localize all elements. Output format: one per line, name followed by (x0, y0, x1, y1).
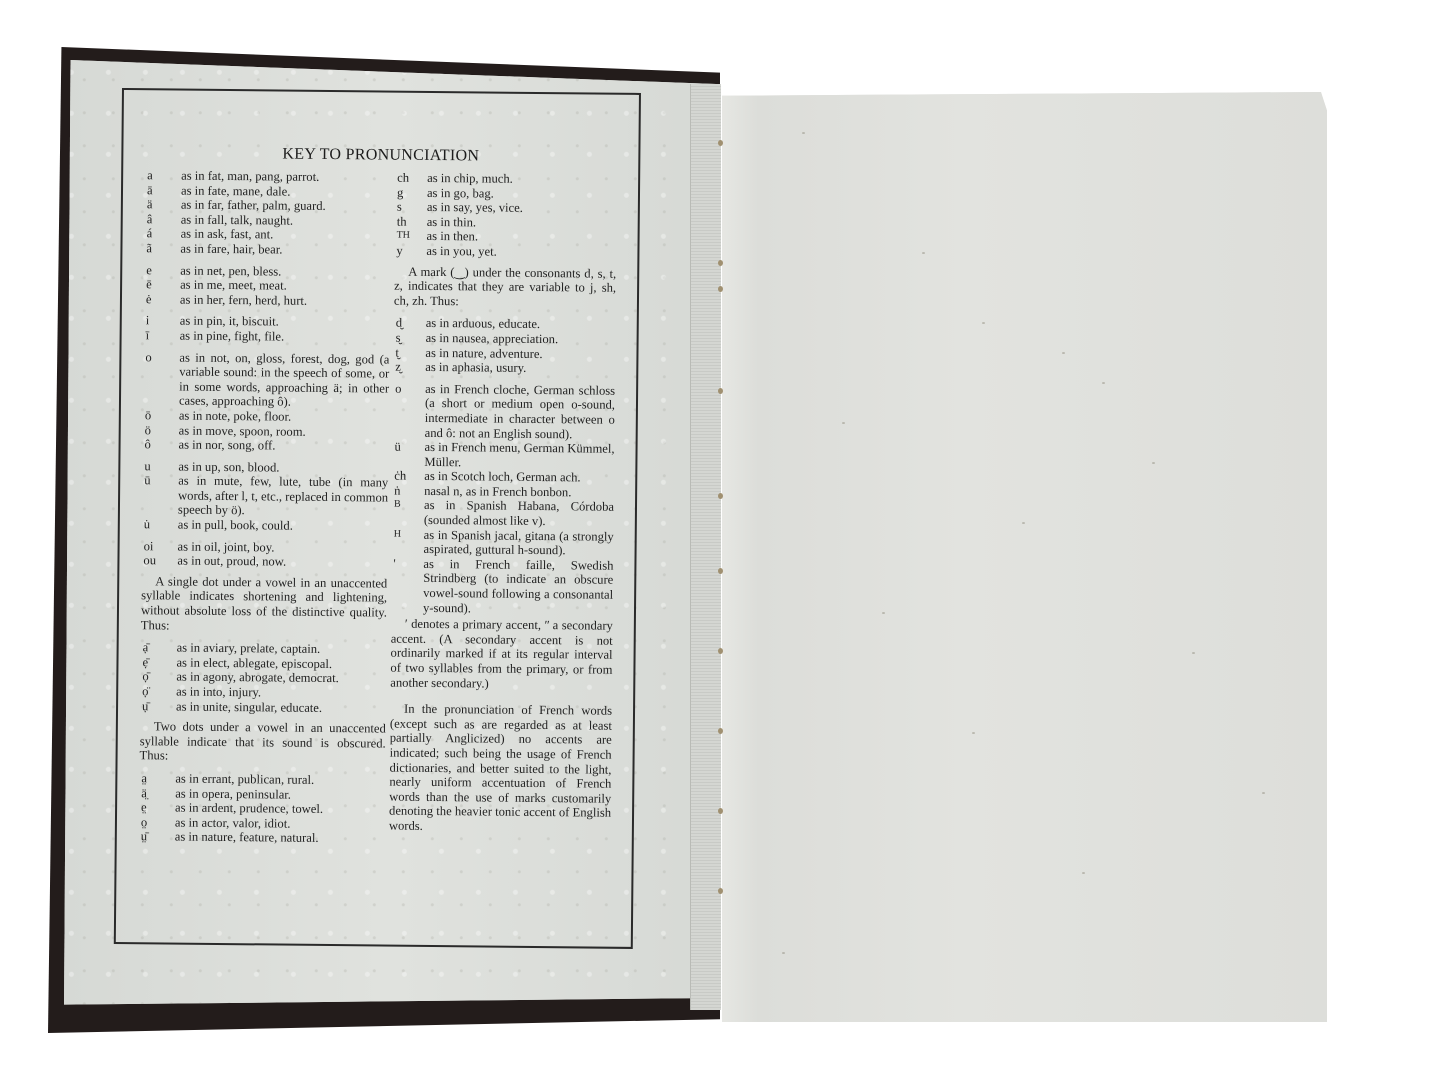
mark-note: A mark (‿) under the consonants d, s, t,… (394, 264, 616, 310)
single-dot-list: ạ̄as in aviary, prelate, captain. ẹ̄as i… (140, 640, 387, 715)
key-entry: īas in pine, fight, file. (144, 328, 390, 345)
left-column: aas in fat, man, pang, parrot. āas in fa… (139, 168, 391, 846)
diphthong-group: oias in oil, joint, boy. ouas in out, pr… (141, 539, 387, 571)
key-entry: ụ̄as in unite, singular, educate. (140, 699, 386, 716)
key-entry: z̮as in aphasia, usury. (393, 360, 615, 377)
key-entry: ūas in mute, few, lute, tube (in many wo… (142, 473, 388, 519)
key-entry: Has in Spanish jacal, gitana (a strongly… (392, 527, 614, 558)
key-entry: ėas in her, fern, herd, hurt. (144, 292, 390, 309)
accent-note: ʹ denotes a primary accent, ʺ a secondar… (390, 617, 613, 692)
key-entry: ṳ̄as in nature, feature, natural. (139, 830, 385, 847)
foreign-sound-list: oas in French cloche, German schloss (a … (391, 381, 615, 617)
page-title: KEY TO PRONUNCIATION (123, 144, 638, 167)
key-entry: ouas in out, proud, now. (141, 553, 387, 570)
vowel-group-e: eas in net, pen, bless. ēas in me, meet,… (144, 263, 390, 309)
key-entry: ôas in nor, song, off. (143, 437, 389, 454)
two-dot-note: Two dots under a vowel in an unaccented … (140, 719, 386, 765)
key-entry: u̇as in pull, book, could. (142, 517, 388, 534)
vowel-group-u: uas in up, son, blood. ūas in mute, few,… (142, 459, 389, 534)
key-entry: 'as in French faille, Swedish Strindberg… (391, 556, 614, 617)
key-entry: yas in you, yet. (394, 244, 616, 261)
vowel-group-o: oas in not, on, gloss, forest, dog, god … (143, 350, 390, 455)
right-blank-page (722, 92, 1327, 1022)
two-dot-list: a̤as in errant, publican, rural. ä̤as in… (139, 771, 386, 846)
key-entry: oas in French cloche, German schloss (a … (393, 381, 616, 442)
vowel-group-a: aas in fat, man, pang, parrot. āas in fa… (144, 168, 391, 258)
consonant-list: chas in chip, much. gas in go, bag. sas … (394, 171, 617, 261)
hinge-stitching (718, 88, 724, 988)
key-entry: oas in not, on, gloss, forest, dog, god … (143, 350, 390, 411)
vowel-group-i: ias in pin, it, biscuit. īas in pine, fi… (144, 314, 390, 346)
right-column: chas in chip, much. gas in go, bag. sas … (389, 171, 617, 844)
book-hinge (690, 84, 721, 1010)
key-entry: ãas in fare, hair, bear. (144, 241, 390, 258)
key-entry: Bas in Spanish Habana, Córdoba (sounded … (392, 498, 614, 529)
french-note: In the pronunciation of French words (ex… (389, 702, 612, 835)
mark-list: d̮as in arduous, educate. s̮as in nausea… (393, 316, 616, 377)
single-dot-note: A single dot under a vowel in an unaccen… (141, 574, 388, 635)
key-entry: üas in French menu, German Kümmel, Mülle… (392, 440, 614, 471)
pronunciation-key-frame: KEY TO PRONUNCIATION aas in fat, man, pa… (114, 88, 641, 949)
